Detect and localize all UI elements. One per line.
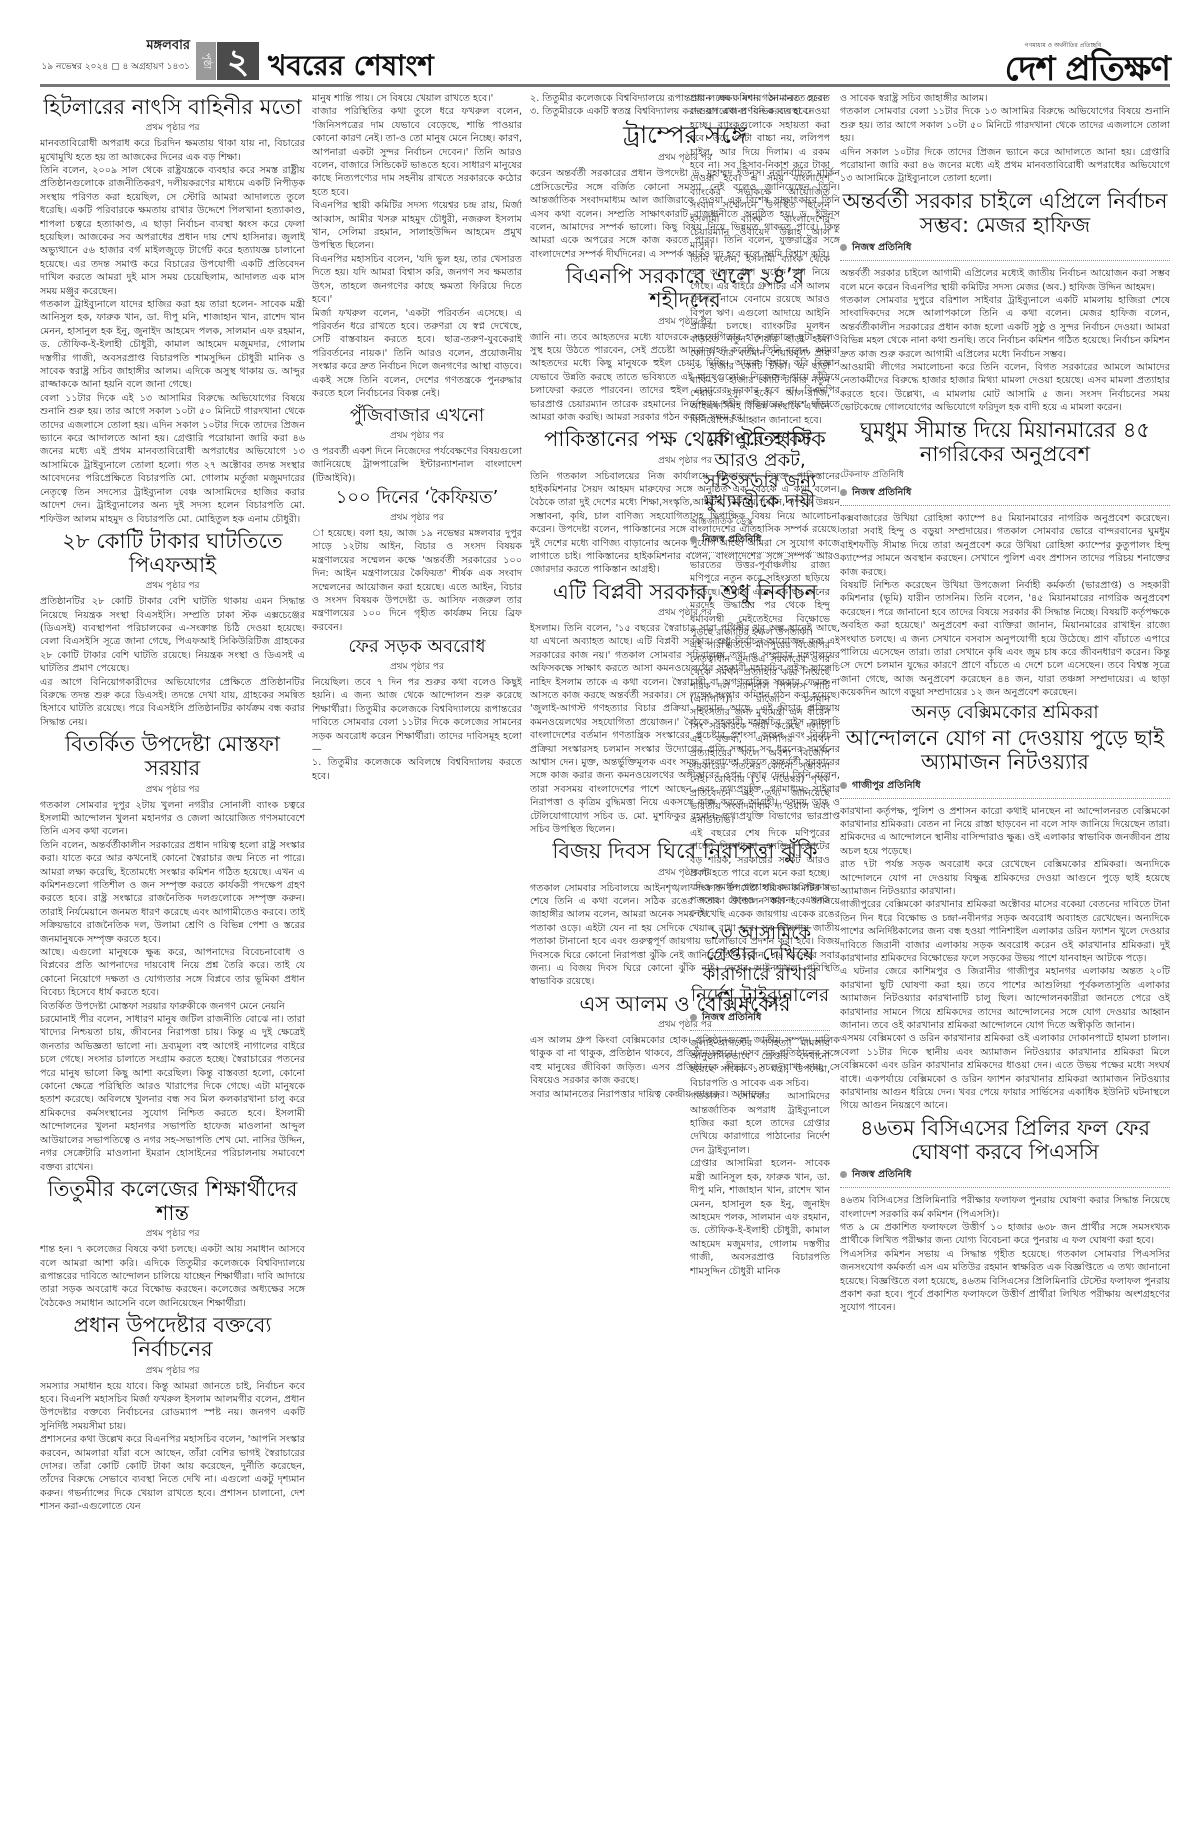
paragraph: গত ৯ মে প্রকাশিত ফলাফলে উত্তীর্ণ ১০ হাজা… [840,1221,1170,1248]
paragraph: আওয়ামী লীগের সমালোচনা করে তিনি বলেন, বি… [840,361,1170,415]
paragraph: ও পরবর্তী একশ দিনে নিজেদের পর্যবেক্ষণের … [312,445,522,485]
paragraph: গতকাল সোমবার বেলা ১১টার দিকে ১৩ আসামির ব… [840,105,1170,145]
bullet-icon [690,1014,697,1021]
bullet-icon [690,536,697,543]
article-ghumdhum: ঘুমধুম সীমান্ত দিয়ে মিয়ানমারের ৪৫ নাগর… [840,418,1170,700]
continuation-note: প্রথম পৃষ্ঠার পর [312,510,522,525]
paragraph: বিতর্কিত উপদেষ্টা মোস্তফা সরয়ার ফারুকীক… [40,1000,305,1013]
column-4: প্রধান লক্ষ্য সবার আমানত ফেরত দেওয়া। এজ… [690,92,830,1837]
continuation-note: প্রথম পৃষ্ঠার পর [40,1226,305,1241]
article-pfi: ২৮ কোটি টাকার ঘাটতিতে পিএফআই প্রথম পৃষ্ঠ… [40,529,305,729]
article-body: প্রতিষ্ঠানটির ২৮ কোটি টাকার বেশি ঘাটতি থ… [40,595,305,729]
paragraph: এসময় বেক্সিমকো ও ডরিন কারখানার শ্রমিকরা… [840,1032,1170,1112]
bullet-icon [840,782,847,789]
paragraph: পিএসসির কমিশন সভায় এ সিদ্ধান্ত গৃহীত হয… [840,1248,1170,1315]
paragraph: মানুষ শান্তি পায়। সে বিষয়ে খেয়াল রাখত… [312,92,522,105]
headline[interactable]: ঘুমধুম সীমান্ত দিয়ে মিয়ানমারের ৪৫ নাগর… [840,418,1170,466]
headline[interactable]: হিটলারের নাৎসি বাহিনীর মতো [40,95,305,119]
paragraph: ভারতের উত্তর-পূর্বাঞ্চলীয় রাজ্য মণিপুরে… [690,559,830,639]
headline[interactable]: ফের সড়ক অবরোধ [312,637,522,658]
article-titumir: তিতুমীর কলেজের শিক্ষার্থীদের শান্ত প্রথম… [40,1177,305,1310]
article-body: শান্ত হন। ৭ কলেজের বিষয়ে কথা চলছে। একটা… [40,1243,305,1310]
newspaper-logo[interactable]: গণমাধ্যম ও অর্থনীতির প্রতিচ্ছবি দেশ প্রত… [1005,40,1170,87]
date-text: ১৯ নভেম্বর ২০২৪ ▢ ৪ অগ্রহায়ণ ১৪৩১ [40,59,190,74]
bullet-icon [840,244,847,251]
byline-text: নিজস্ব প্রতিনিধি [702,1012,761,1023]
continuation-note: প্রথম পৃষ্ঠার পর [40,578,305,593]
divider [840,260,1170,261]
paragraph: বিষয়টি নিশ্চিত করেছেন উখিয়া উপজেলা নির… [840,579,1170,700]
article-fer-sarak: ফের সড়ক অবরোধ প্রথম পৃষ্ঠার পর নিয়েছিল… [312,637,522,783]
byline-text: নিজস্ব প্রতিনিধি [852,1169,911,1180]
paragraph: অন্তর্বর্তী সরকার চাইলে আগামী এপ্রিলের ম… [840,267,1170,294]
paragraph: া হয়েছে। বলা হয়, আজ ১৯ নভেম্বর মঙ্গলবা… [312,527,522,634]
headline[interactable]: প্রধান উপদেষ্টার বক্তব্যে নির্বাচনের [40,1313,305,1361]
bullet-icon [840,1171,847,1178]
article-body: ৪৬তম বিসিএসের প্রিলিমিনারি পরীক্ষার ফলাফ… [840,1194,1170,1315]
paragraph: এর আগে বিনিয়োগকারীদের অভিযোগের প্রেক্ষি… [40,676,305,730]
divider [690,1030,830,1031]
byline: নিজস্ব প্রতিনিধি [840,241,1170,256]
article-puji: পুঁজিবাজার এখনো প্রথম পৃষ্ঠার পর ও পরবর্… [312,406,522,485]
article-body: ও পরবর্তী একশ দিনে নিজেদের পর্যবেক্ষণের … [312,445,522,485]
paragraph: চরমোনাই পীর বলেন, সাধারণ মানুষ জটিল রাজন… [40,1013,305,1174]
logo-name: দেশ প্রতিক্ষণ [1005,51,1170,87]
article-continuation: ও সাবেক স্বরাষ্ট্র সচিব জাহাঙ্গীর আলম। গ… [840,92,1170,186]
article-greptar: ১৩ আসামিকে গ্রেপ্তার দেখিয়ে কারাগারে রা… [690,924,830,1278]
paragraph: তিনি বলেন, অন্তর্বর্তীকালীন সরকারের প্রধ… [40,839,305,946]
paragraph: গাজীপুরের বেক্সিমকো কারখানার শ্রমিকরা অক… [840,898,1170,965]
column-1: হিটলারের নাৎসি বাহিনীর মতো প্রথম পৃষ্ঠার… [40,92,305,1837]
paragraph: বিএনপির স্থায়ী কমিটির সদস্য গয়েশ্বর চন… [312,199,522,253]
byline-text: নিজস্ব প্রতিনিধি [702,534,761,545]
headline[interactable]: ৪৬তম বিসিএসের প্রিলির ফল ফের ঘোষণা করবে … [840,1116,1170,1164]
paragraph: বিএনপির মহাসচিব বলেন, 'যদি ভুল হয়, তার … [312,253,522,307]
divider [690,552,830,553]
article-hafiz: অন্তর্বর্তী সরকার চাইলে এপ্রিলে নির্বাচন… [840,189,1170,415]
paragraph: এই বছরের শেষ দিকে মণিপুরের রাজ্যে নিষেধা… [690,827,830,921]
article-body: জুলাই-আগস্টের গণহত্যা মামলায় আনুষ্ঠানিক… [690,1037,830,1278]
article-continuation: প্রধান লক্ষ্য সবার আমানত ফেরত দেওয়া। এজ… [690,92,830,427]
page-number: ২ [217,42,259,80]
continuation-note: প্রথম পৃষ্ঠার পর [312,659,522,674]
column-2: মানুষ শান্তি পায়। সে বিষয়ে খেয়াল রাখত… [312,92,522,1837]
paragraph: প্রতিষ্ঠানটির ২৮ কোটি টাকার বেশি ঘাটতি থ… [40,595,305,675]
article-body: নিয়েছিল। তবে ৭ দিন পর শুরুর কথা বলেও কি… [312,676,522,783]
byline-text: নিজস্ব প্রতিনিধি [852,487,911,498]
headline[interactable]: পুঁজিবাজার এখনো [312,406,522,427]
header-rule [40,84,1170,87]
article-manipur: মণিপুরে সংকট আরও প্রকট, সহিংসতার জন্য মু… [690,430,830,921]
continuation-note: প্রথম পৃষ্ঠার পর [40,120,305,135]
masthead: মঙ্গলবার ১৯ নভেম্বর ২০২৪ ▢ ৪ অগ্রহায়ণ ১… [0,0,1200,82]
article-body: সমস্যার সমাধান হয়ে যাবে। কিন্তু আমরা জা… [40,1380,305,1514]
kicker-headline[interactable]: অনড় বেক্সিমকোর শ্রমিকরা [840,703,1170,724]
article-hitler: হিটলারের নাৎসি বাহিনীর মতো প্রথম পৃষ্ঠার… [40,95,305,526]
paragraph: মির্জা ফখরুল বলেন, 'একটা পরিবর্তন এসেছে।… [312,307,522,401]
paragraph: তিনি বলেন, ২০০৯ সাল থেকে রাষ্ট্রযন্ত্রকে… [40,164,305,298]
article-kaifiyat: ১০০ দিনের ‘কৈফিয়ত’ প্রথম পৃষ্ঠার পর া হ… [312,488,522,634]
paragraph: ১. তিতুমীর কলেজকে অবিলম্বে বিশ্ববিদ্যালয… [312,756,522,783]
paragraph: মানবতাবিরোধী অপরাধ করে চিরদিন ক্ষমতায় থ… [40,137,305,164]
divider [840,505,1170,506]
byline-text: নিজস্ব প্রতিনিধি [852,242,911,253]
paragraph: জুলাই-আগস্টের গণহত্যা মামলায় আনুষ্ঠানিক… [690,1037,830,1091]
paragraph: সমস্যার সমাধান হয়ে যাবে। কিন্তু আমরা জা… [40,1380,305,1434]
page-label: পৃষ্ঠা [196,42,216,80]
article-body: মানবতাবিরোধী অপরাধ করে চিরদিন ক্ষমতায় থ… [40,137,305,526]
byline: নিজস্ব প্রতিনিধি [690,1011,830,1026]
article-body: ভারতের উত্তর-পূর্বাঞ্চলীয় রাজ্য মণিপুরে… [690,559,830,921]
continuation-note: প্রথম পৃষ্ঠার পর [312,428,522,443]
paragraph: ও সাবেক স্বরাষ্ট্র সচিব জাহাঙ্গীর আলম। [840,92,1170,105]
divider [840,798,1170,799]
article-body: অন্তর্বর্তী সরকার চাইলে আগামী এপ্রিলের ম… [840,267,1170,414]
paragraph: তিনি বলেন, ইসলামী ব্যাংক থেকে এস আলম গ্র… [690,253,830,427]
divider [840,1187,1170,1188]
paragraph: এদিন সকাল ১০টার দিকে তাদের প্রিজন ভ্যানে… [840,146,1170,186]
article-continuation: মানুষ শান্তি পায়। সে বিষয়ে খেয়াল রাখত… [312,92,522,400]
paragraph: গতকাল সোমবার আসামিদের আন্তর্জাতিক অপরাধ … [690,1090,830,1157]
headline[interactable]: ১৩ আসামিকে গ্রেপ্তার দেখিয়ে কারাগারে রা… [690,924,830,1007]
article-body: কারখানা কর্তৃপক্ষ, পুলিশ ও প্রশাসন কারো … [840,805,1170,1113]
article-body: কক্সবাজারের উখিয়া রোহিঙ্গা ক্যাম্পে ৪৫ … [840,512,1170,700]
column-5: ও সাবেক স্বরাষ্ট্র সচিব জাহাঙ্গীর আলম। গ… [840,92,1170,1837]
headline[interactable]: মণিপুরে সংকট আরও প্রকট, সহিংসতার জন্য মু… [690,430,830,513]
paragraph: নিয়েছিল। তবে ৭ দিন পর শুরুর কথা বলেও কি… [312,676,522,756]
location-label: টেকনাফ প্রতিনিধি [840,467,1170,482]
paragraph: বাজার পরিস্থিতির কথা তুলে ধরে ফখরুল বলেন… [312,105,522,199]
article-bcs46: ৪৬তম বিসিএসের প্রিলির ফল ফের ঘোষণা করবে … [840,1116,1170,1315]
byline: নিজস্ব প্রতিনিধি [840,1168,1170,1183]
paragraph: কারখানা কর্তৃপক্ষ, পুলিশ ও প্রশাসন কারো … [840,805,1170,859]
date-block: মঙ্গলবার ১৯ নভেম্বর ২০২৪ ▢ ৪ অগ্রহায়ণ ১… [40,36,190,74]
article-pradhan: প্রধান উপদেষ্টার বক্তব্যে নির্বাচনের প্র… [40,1313,305,1513]
byline: নিজস্ব প্রতিনিধি [840,486,1170,501]
article-beximco: অনড় বেক্সিমকোর শ্রমিকরা আন্দোলনে যোগ না… [840,703,1170,1113]
day-name: মঙ্গলবার [40,36,190,57]
paragraph: আছে। এগুলো মানুষকে ক্ষুব্ধ করে, আপনাদের … [40,946,305,1000]
paragraph: এ ঘটনার জেরে কাশিমপুর ও জিরানীর গাজীপুর … [840,965,1170,1032]
headline[interactable]: বিতর্কিত উপদেষ্টা মোস্তফা সরয়ার [40,732,305,780]
byline: গাজীপুর প্রতিনিধি [840,779,1170,794]
paragraph: ৪৬তম বিসিএসের প্রিলিমিনারি পরীক্ষার ফলাফ… [840,1194,1170,1221]
paragraph: বেলা ১১টার দিকে এই ১৩ আসামির বিরুদ্ধে অভ… [40,392,305,526]
article-body: া হয়েছে। বলা হয়, আজ ১৯ নভেম্বর মঙ্গলবা… [312,527,522,634]
desk-label: আন্তর্জাতিক ডেস্ক [690,514,830,529]
continuation-note: প্রথম পৃষ্ঠার পর [40,782,305,797]
headline[interactable]: ২৮ কোটি টাকার ঘাটতিতে পিএফআই [40,529,305,577]
paragraph: গতকাল সোমবার দুপুরে বরিশাল সাইবার ট্রাইব… [840,294,1170,361]
headline[interactable]: আন্দোলনে যোগ না দেওয়ায় পুড়ে ছাই অ্যাম… [840,726,1170,774]
headline[interactable]: অন্তর্বর্তী সরকার চাইলে এপ্রিলে নির্বাচন… [840,189,1170,237]
headline[interactable]: তিতুমীর কলেজের শিক্ষার্থীদের শান্ত [40,1177,305,1225]
paragraph: গতকাল ট্রাইব্যুনালে যাদের হাজির করা হয় … [40,298,305,392]
continuation-note: প্রথম পৃষ্ঠার পর [40,1363,305,1378]
headline[interactable]: ১০০ দিনের ‘কৈফিয়ত’ [312,488,522,509]
paragraph: গ্রেপ্তার আসামিরা হলেন- সাবেক মন্ত্রী আন… [690,1157,830,1278]
paragraph: গতকাল সোমবার দুপুর ২টায় খুলনা নগরীর সোন… [40,799,305,839]
byline-text: গাজীপুর প্রতিনিধি [852,780,921,791]
paragraph: এই পরিস্থিতিতে মণিপুরের বিজেপির নেতৃত্বা… [690,639,830,827]
paragraph: প্রধান লক্ষ্য সবার আমানত ফেরত দেওয়া। এজ… [690,92,830,253]
paragraph: প্রশাসনের কথা উল্লেখ করে বিএনপির মহাসচিব… [40,1433,305,1513]
article-body: গতকাল সোমবার দুপুর ২টায় খুলনা নগরীর সোন… [40,799,305,1174]
paragraph: রাত ৭টা পর্যন্ত সড়ক অবরোধ করে রেখেছেন ব… [840,858,1170,898]
byline: নিজস্ব প্রতিনিধি [690,533,830,548]
paragraph: কক্সবাজারের উখিয়া রোহিঙ্গা ক্যাম্পে ৪৫ … [840,512,1170,579]
paragraph: শান্ত হন। ৭ কলেজের বিষয়ে কথা চলছে। একটা… [40,1243,305,1310]
bullet-icon [840,489,847,496]
article-bitarkito: বিতর্কিত উপদেষ্টা মোস্তফা সরয়ার প্রথম প… [40,732,305,1174]
